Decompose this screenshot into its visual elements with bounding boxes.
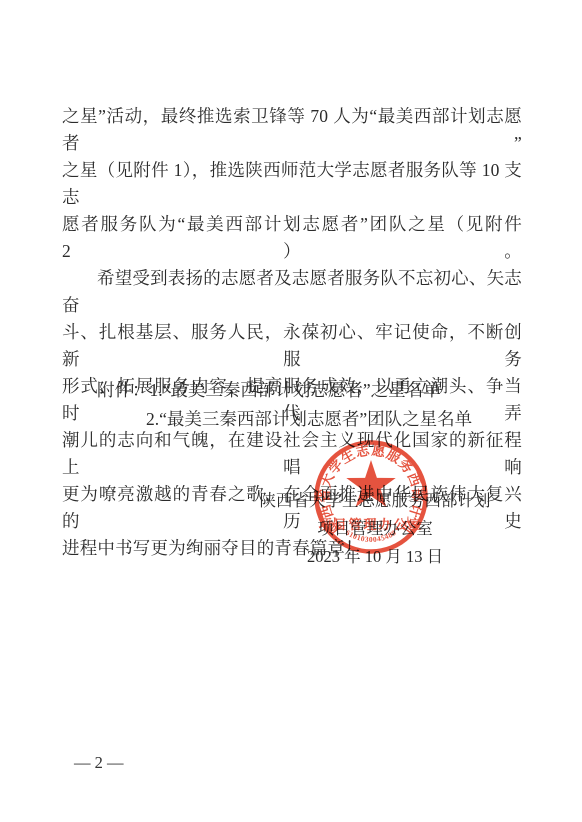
body-line: 斗、扎根基层、服务人民，永葆初心、牢记使命，不断创新服务 (62, 319, 522, 373)
body-line: 之星”活动，最终推选索卫锋等 70 人为“最美西部计划志愿者” (62, 103, 522, 157)
body-line: 希望受到表扬的志愿者及志愿者服务队不忘初心、矢志奋 (62, 265, 522, 319)
body-line: 愿者服务队为“最美西部计划志愿者”团队之星（见附件 2）。 (62, 211, 522, 265)
signature-date: 2023 年 10 月 13 日 (228, 543, 522, 571)
attachment-item: 附件：1.“最美三秦西部计划志愿者”之星名单 (62, 376, 542, 405)
signature-org-line2: 项目管理办公室 (228, 515, 522, 543)
page-number: — 2 — (74, 753, 124, 773)
attachment-item: 2.“最美三秦西部计划志愿者”团队之星名单 (62, 405, 542, 434)
document-page: 之星”活动，最终推选索卫锋等 70 人为“最美西部计划志愿者” 之星（见附件 1… (0, 0, 582, 822)
signature-org-line1: 陕西省大学生志愿服务西部计划 (228, 487, 522, 515)
body-line: 之星（见附件 1），推选陕西师范大学志愿者服务队等 10 支志 (62, 157, 522, 211)
body-line: 潮儿的志向和气魄，在建设社会主义现代化国家的新征程上唱响 (62, 427, 522, 481)
signature-block: 陕西省大学生志愿服务西部计划 项目管理办公室 2023 年 10 月 13 日 (228, 487, 522, 571)
attachment-list: 附件：1.“最美三秦西部计划志愿者”之星名单 2.“最美三秦西部计划志愿者”团队… (62, 376, 542, 433)
